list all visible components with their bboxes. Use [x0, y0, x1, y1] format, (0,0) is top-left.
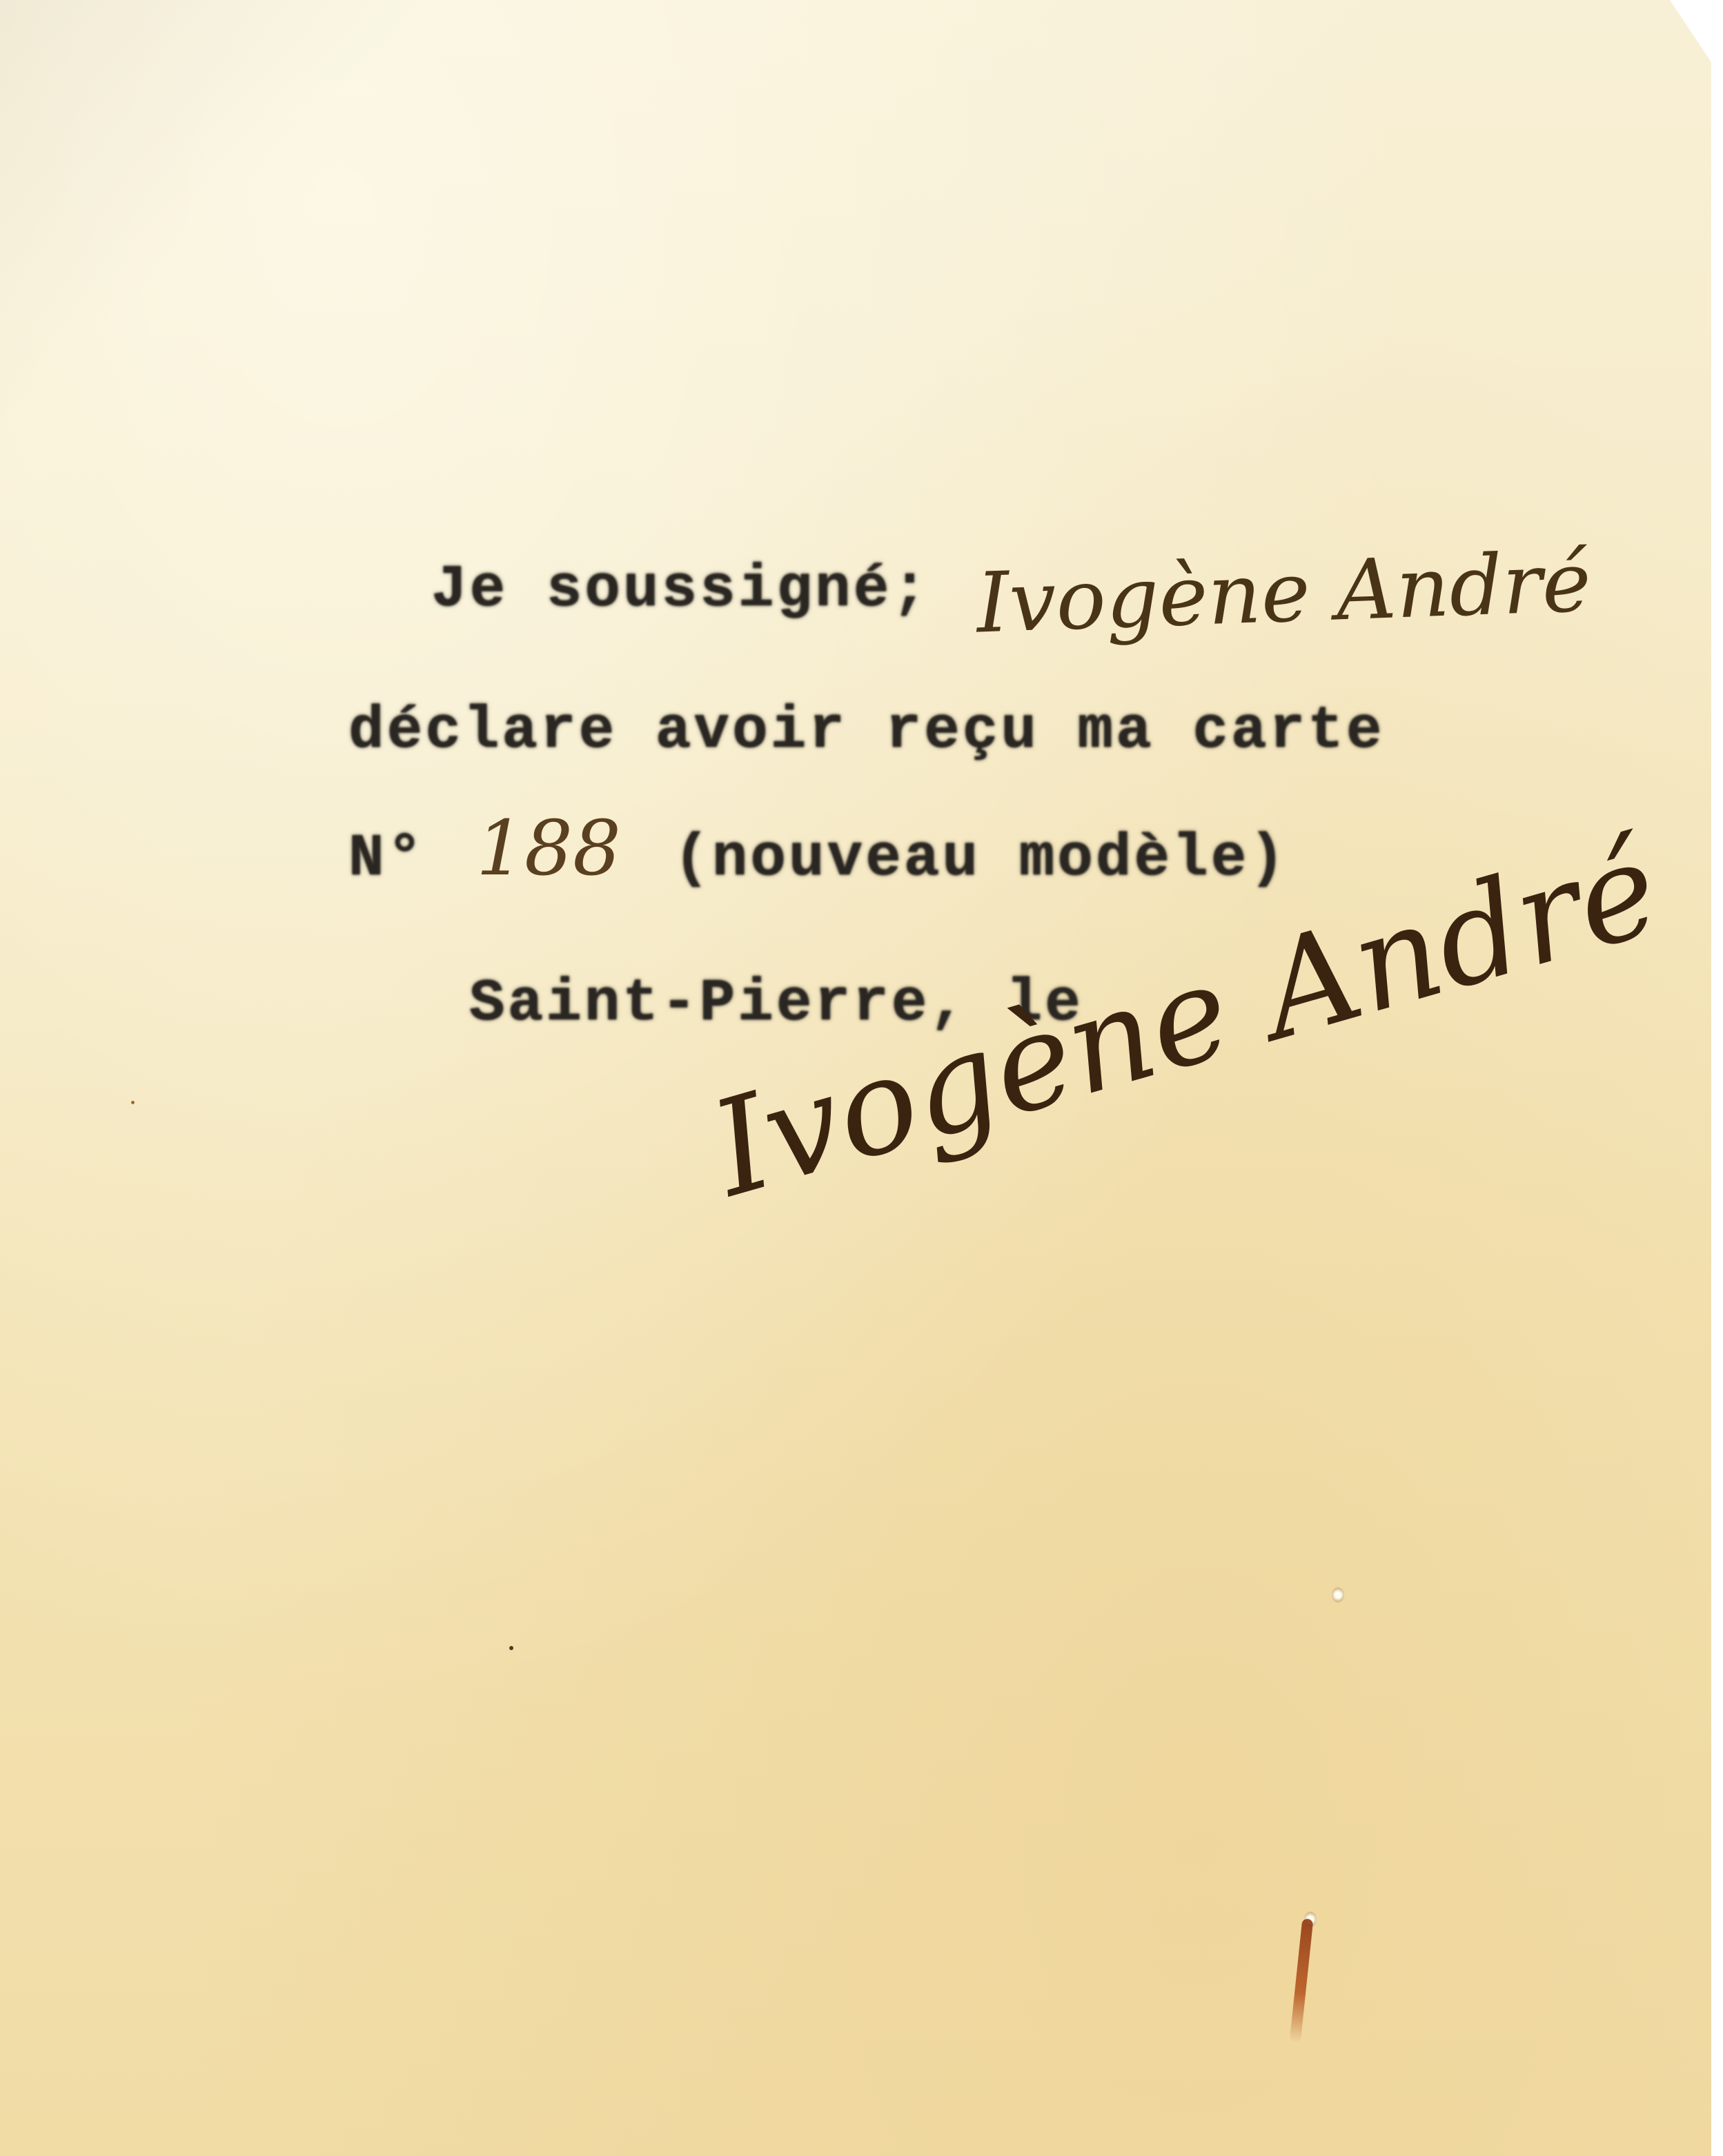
- paper-speck: [509, 1646, 513, 1650]
- paper-speck: [131, 1101, 135, 1104]
- number-prefix: N°: [348, 825, 425, 892]
- typed-line-declaration: déclare avoir reçu ma carte: [348, 697, 1384, 765]
- paper-hole-mark: [1332, 1587, 1344, 1603]
- typed-line-declarant-label: Je soussigné;: [431, 556, 930, 623]
- card-model-note: (nouveau modèle): [673, 825, 1288, 892]
- handwritten-card-number: 188: [476, 804, 621, 892]
